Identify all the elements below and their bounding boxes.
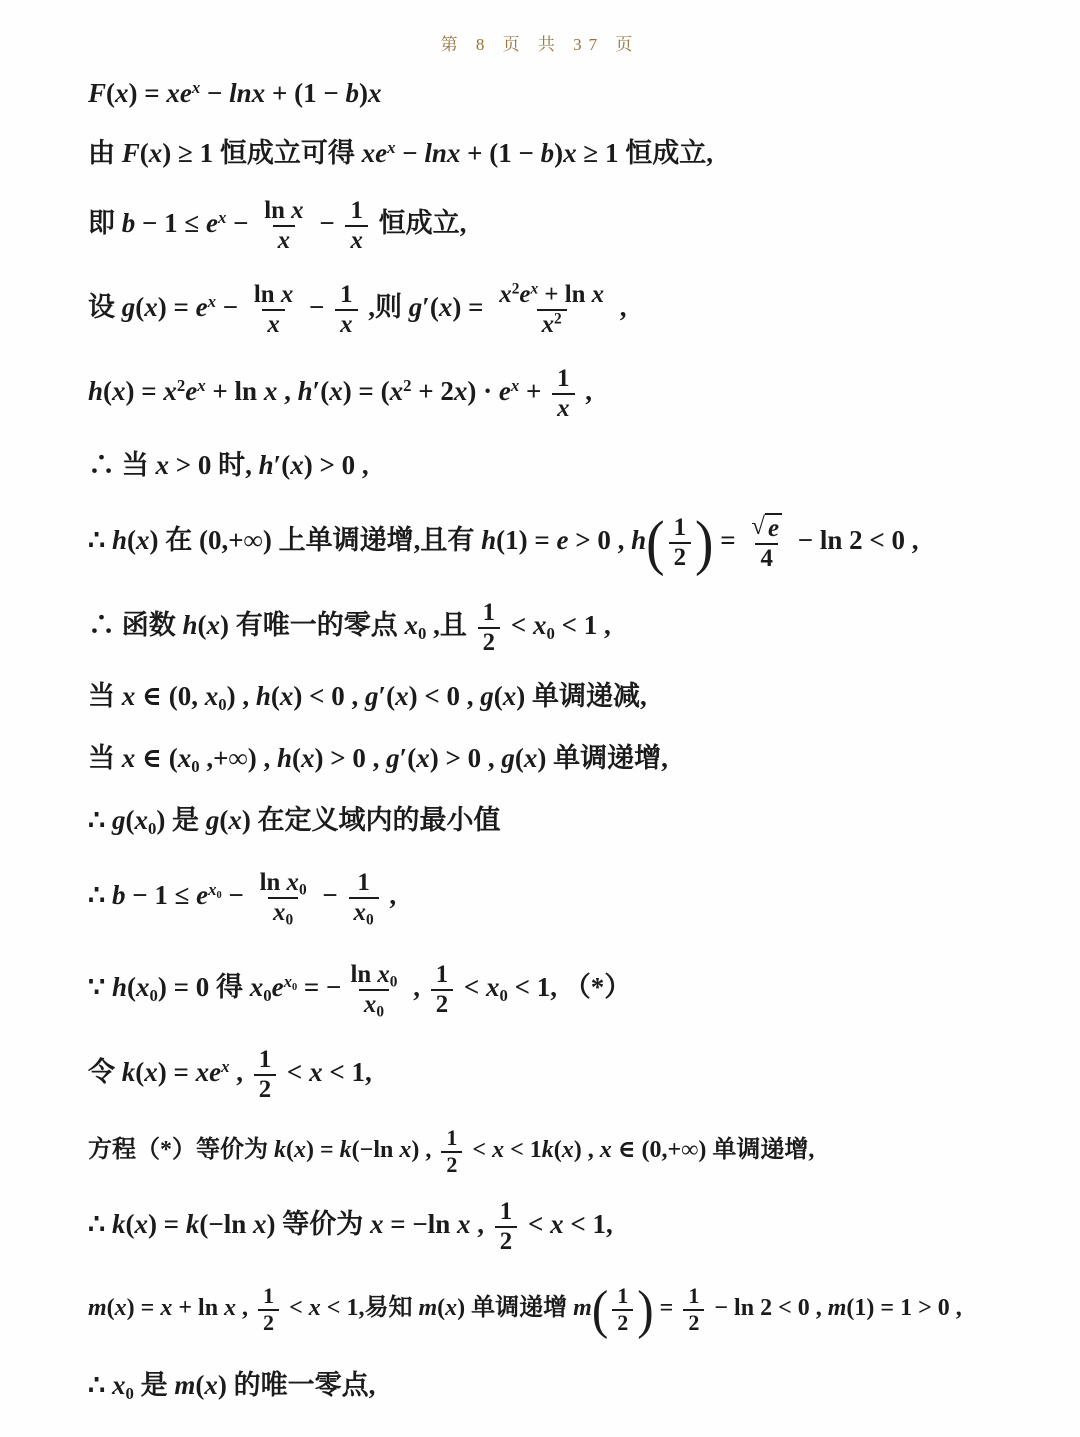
math-line-18: ∴ x0 是 m(x) 的唯一零点, <box>88 1356 1050 1416</box>
math-line-15: 方程（*）等价为 k(x) = k(−ln x) , 12 < x < 1k(x… <box>88 1114 1050 1190</box>
math-line-14: 令 k(x) = xex , 12 < x < 1, <box>88 1036 1050 1114</box>
math-line-17: m(x) = x + ln x , 12 < x < 1,易知 m(x) 单调递… <box>88 1264 1050 1356</box>
math-line-7: ∴ h(x) 在 (0,+∞) 上单调递增,且有 h(1) = e > 0 , … <box>88 496 1050 590</box>
math-line-6: ∴ 当 x > 0 时, h′(x) > 0 , <box>88 436 1050 496</box>
document-body: F(x) = xex − lnx + (1 − b)x 由 F(x) ≥ 1 恒… <box>0 64 1080 1416</box>
page-number-text: 第 8 页 共 37 页 <box>441 35 640 54</box>
math-line-10: 当 x ∈ (x0 ,+∞) , h(x) > 0 , g′(x) > 0 , … <box>88 728 1050 790</box>
math-line-1: F(x) = xex − lnx + (1 − b)x <box>88 64 1050 124</box>
math-line-12: ∴ b − 1 ≤ ex0 − ln x0x0 − 1x0 , <box>88 852 1050 944</box>
page-header: 第 8 页 共 37 页 <box>0 0 1080 64</box>
math-line-2: 由 F(x) ≥ 1 恒成立可得 xex − lnx + (1 − b)x ≥ … <box>88 124 1050 184</box>
math-line-4: 设 g(x) = ex − ln xx − 1x ,则 g′(x) = x2ex… <box>88 268 1050 352</box>
math-line-3: 即 b − 1 ≤ ex − ln xx − 1x 恒成立, <box>88 184 1050 268</box>
math-line-5: h(x) = x2ex + ln x , h′(x) = (x2 + 2x) ·… <box>88 352 1050 436</box>
math-line-8: ∴ 函数 h(x) 有唯一的零点 x0 ,且 12 < x0 < 1 , <box>88 590 1050 666</box>
math-line-11: ∴ g(x0) 是 g(x) 在定义域内的最小值 <box>88 790 1050 852</box>
math-line-13: ∵ h(x0) = 0 得 x0ex0 = −ln x0x0 , 12 < x0… <box>88 944 1050 1036</box>
math-line-9: 当 x ∈ (0, x0) , h(x) < 0 , g′(x) < 0 , g… <box>88 666 1050 728</box>
math-line-16: ∴ k(x) = k(−ln x) 等价为 x = −ln x , 12 < x… <box>88 1190 1050 1264</box>
